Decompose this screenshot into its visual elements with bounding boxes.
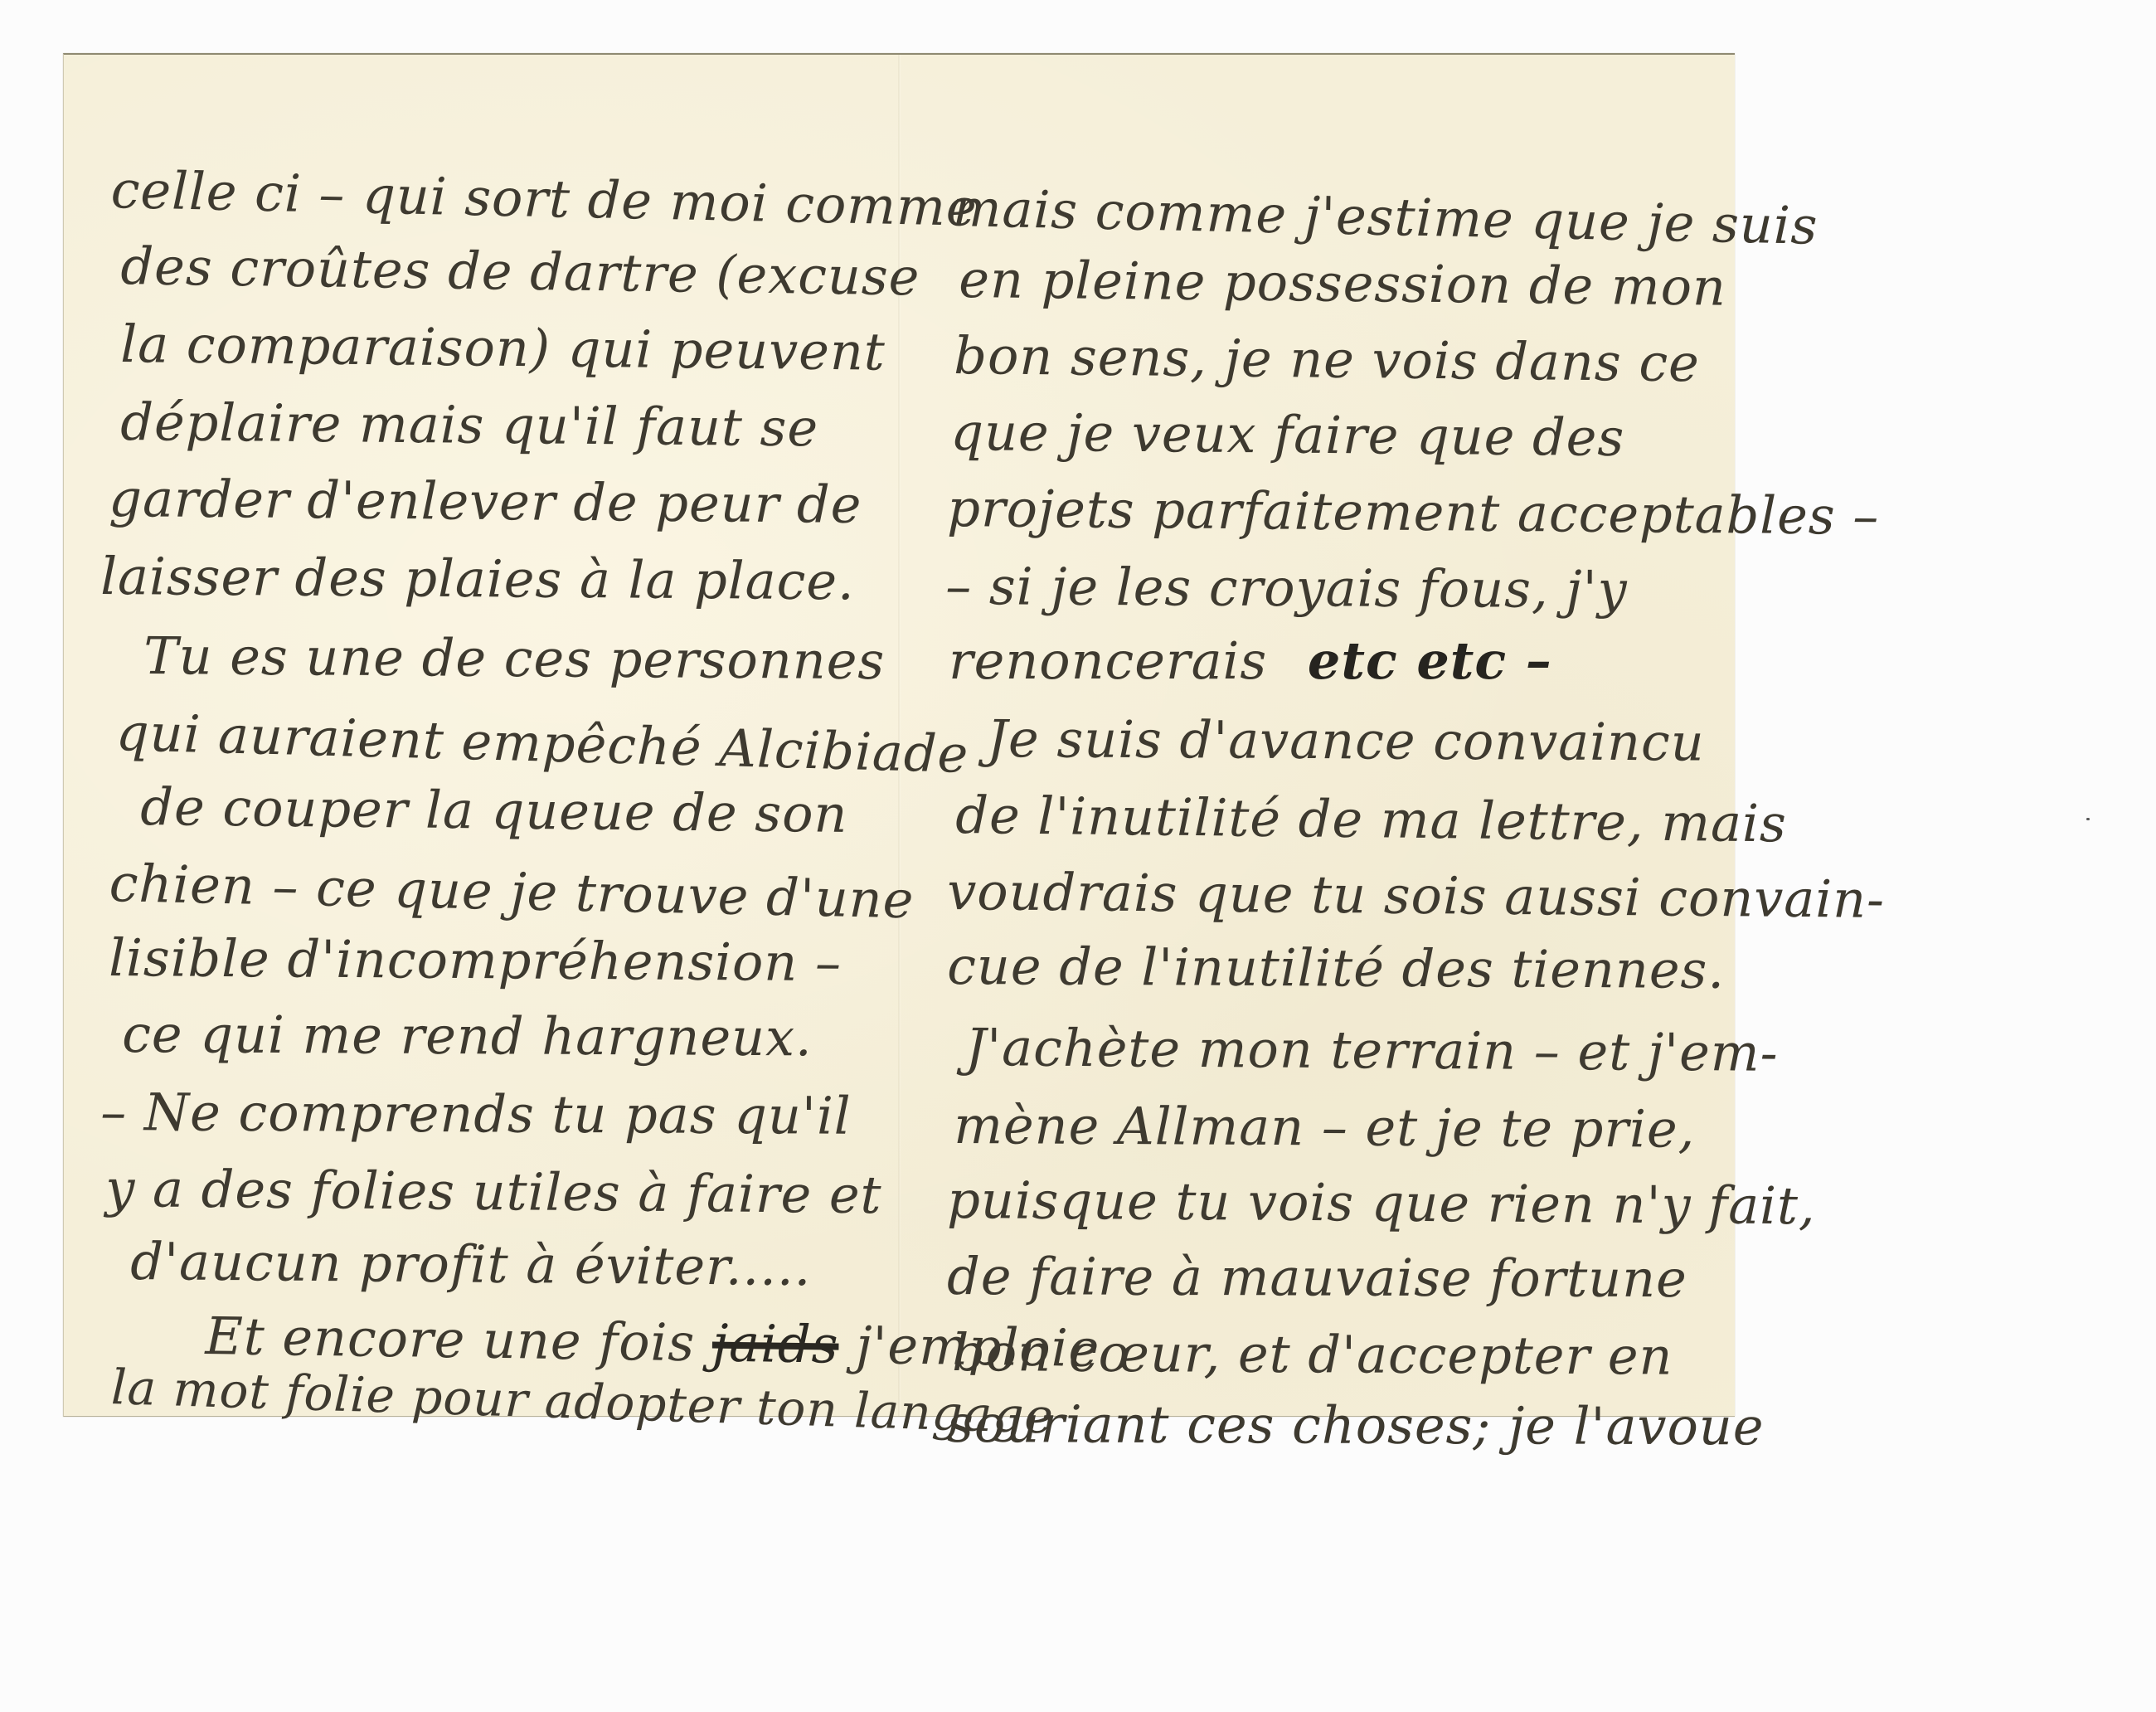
handwritten-line: souriant ces choses; je l'avoue [947,1393,1765,1457]
handwritten-text: renoncerais [949,630,1267,691]
handwritten-line: de faire à mauvaise fortune [947,1246,1687,1309]
handwritten-line: J'achète mon terrain – et j'em- [965,1017,1779,1083]
handwritten-line: garder d'enlever de peur de [109,468,862,535]
handwritten-line: puisque tu vois que rien n'y fait, [947,1170,1816,1236]
scan-background: celle ci – qui sort de moi comme des cro… [0,0,2156,1712]
handwritten-line: d'aucun profit à éviter..... [130,1231,812,1297]
handwritten-line: – Ne comprends tu pas qu'il [100,1082,852,1146]
handwritten-line: de l'inutilité de ma lettre, mais [955,785,1787,854]
handwritten-line: ce qui me rend hargneux. [122,1004,813,1068]
handwritten-line: – si je les croyais fous, j'y [945,556,1628,620]
handwritten-line: de couper la queue de son [140,776,848,844]
handwritten-line: mais comme j'estime que je suis [952,178,1819,256]
handwritten-line: que je veux faire que des [950,401,1625,468]
handwritten-line: renoncerais etc etc – [949,630,1552,691]
handwritten-line: celle ci – qui sort de moi comme [110,159,978,238]
handwritten-line: qui auraient empêché Alcibiade [115,702,969,785]
right-page: mais comme j'estime que je suis en plein… [901,55,1735,1416]
dust-speck [2086,818,2090,820]
handwritten-text: Et encore une fois [205,1306,696,1373]
handwritten-line: chien – ce que je trouve d'une [109,853,915,930]
emphasis-text: etc etc – [1308,630,1552,691]
handwritten-line: mène Allman – et je te prie, [954,1095,1696,1160]
handwritten-line: en pleine possession de mon [959,249,1726,318]
handwritten-line: bon cœur, et d'accepter en [952,1322,1673,1387]
handwritten-line: laisser des plaies à la place. [100,546,855,611]
handwritten-line: Je suis d'avance convaincu [987,708,1705,773]
handwritten-line: bon sens, je ne vois dans ce [954,325,1700,393]
left-page: celle ci – qui sort de moi comme des cro… [64,55,898,1416]
handwritten-line: lisible d'incompréhension – [109,927,842,993]
crossed-out-word: jaids [711,1313,839,1375]
handwritten-line: la comparaison) qui peuvent [120,314,886,382]
handwritten-line: voudrais que tu sois aussi convain- [947,861,1885,930]
letter-sheet: celle ci – qui sort de moi comme des cro… [63,53,1735,1417]
handwritten-line: Tu es une de ces personnes [143,625,886,691]
handwritten-line: cue de l'inutilité des tiennes. [947,936,1725,1000]
handwritten-line: projets parfaitement acceptables – [947,478,1880,547]
handwritten-line: des croûtes de dartre (excuse [120,236,920,307]
handwritten-line: déplaire mais qu'il faut se [120,392,818,458]
handwritten-line: y a des folies utiles à faire et [105,1158,882,1225]
